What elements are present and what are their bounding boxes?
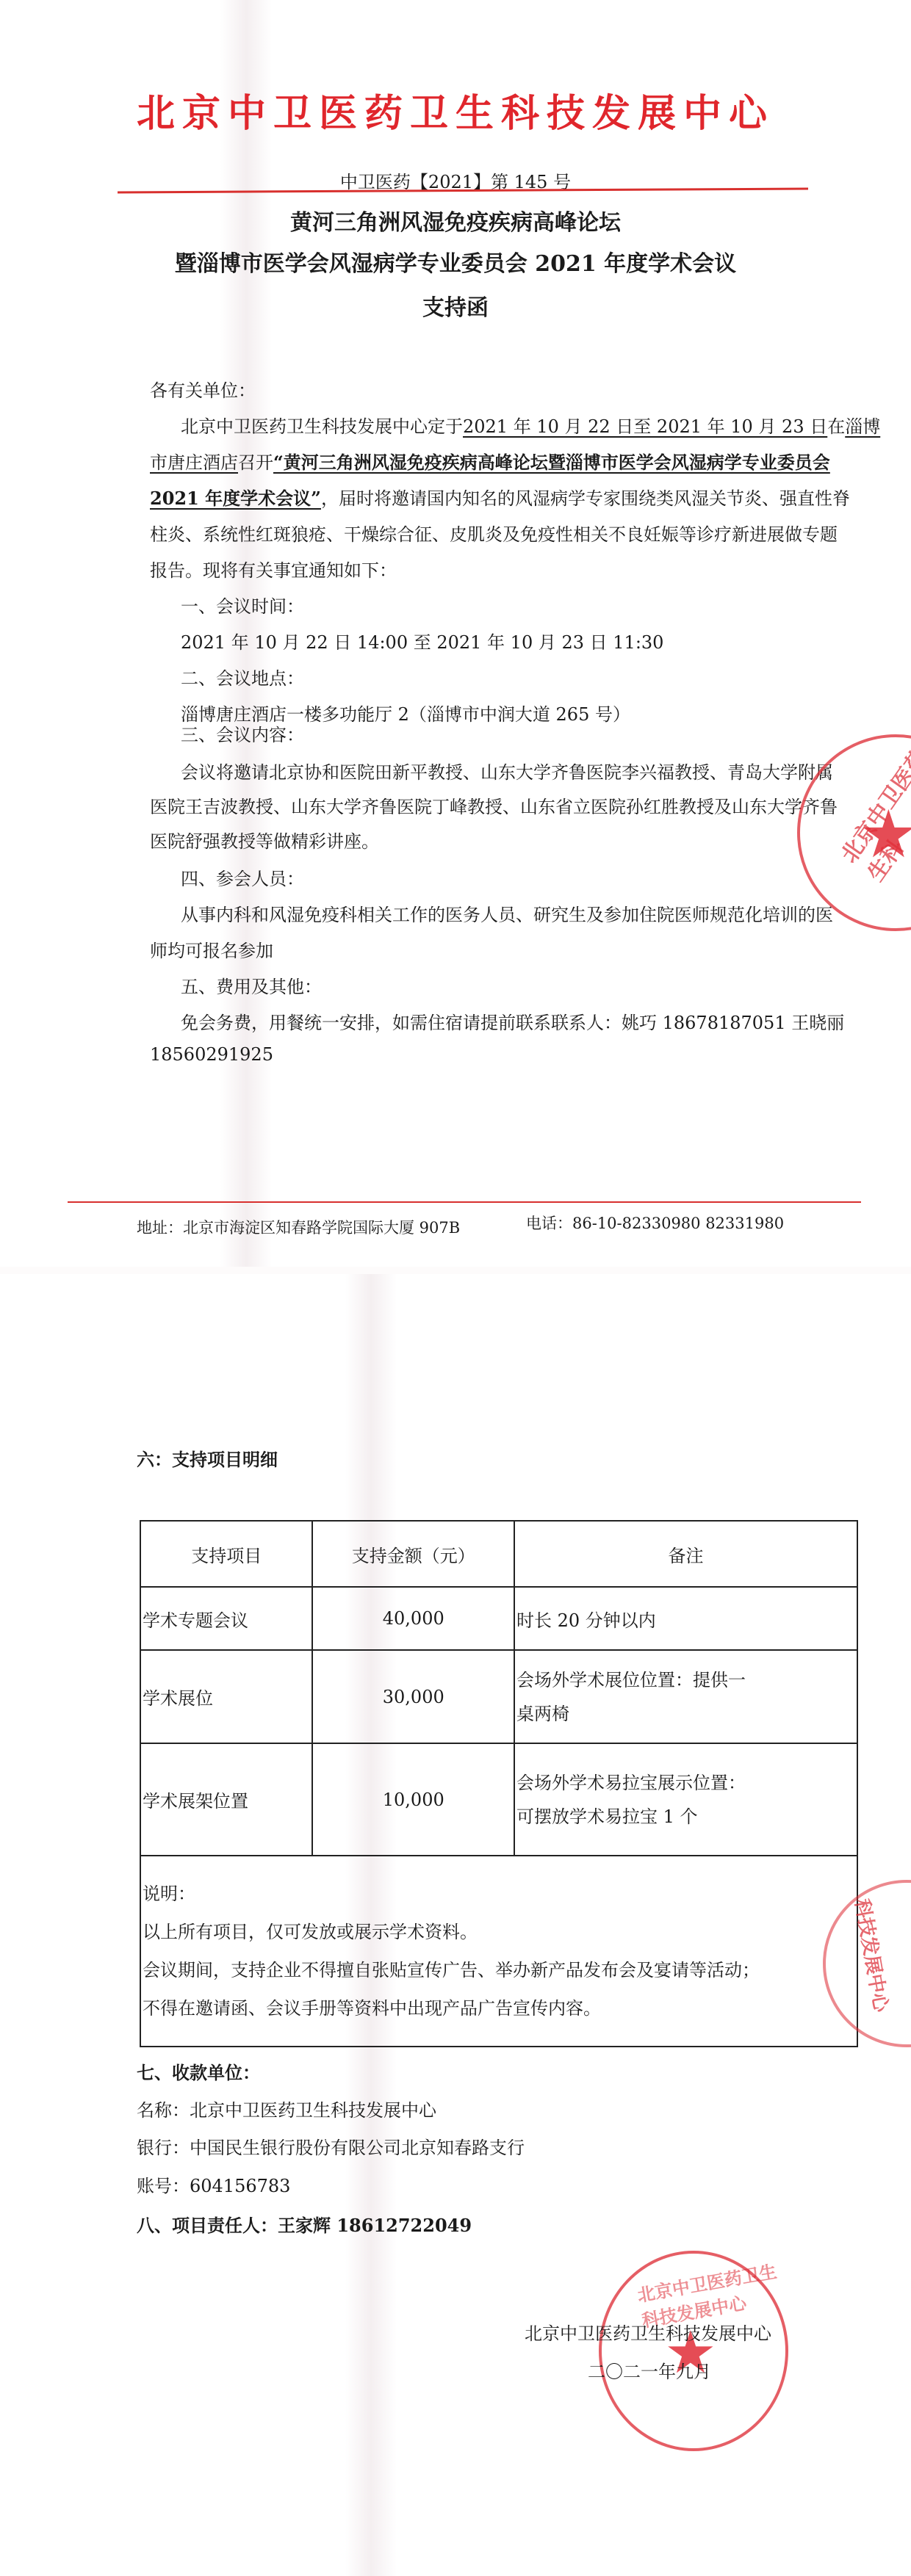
notes-cell: 说明： 以上所有项目，仅可发放或展示学术资料。 会议期间，支持企业不得擅自张贴宣… (140, 1856, 857, 2047)
footer-red-rule (68, 1201, 861, 1203)
section-attendees-line-2: 师均可报名参加 (150, 936, 273, 962)
footer-address: 地址：北京市海淀区知春路学院国际大厦 907B (137, 1216, 460, 1238)
letter-page-1: 北京中卫医药卫生科技发展中心 中卫医药【2021】第 145 号 黄河三角洲风湿… (0, 0, 911, 1267)
meeting-dates: 2021 年 10 月 22 日至 2021 年 10 月 23 日 (463, 416, 827, 437)
footer-phone: 电话：86-10-82330980 82331980 (526, 1212, 784, 1234)
section-support-heading: 六：支持项目明细 (137, 1445, 278, 1471)
table-notes-row: 说明： 以上所有项目，仅可发放或展示学术资料。 会议期间，支持企业不得擅自张贴宣… (140, 1856, 857, 2047)
title-line-3: 支持函 (0, 289, 911, 322)
letterhead-org-title: 北京中卫医药卫生科技发展中心 (0, 82, 911, 137)
section-content-line-2: 医院王吉波教授、山东大学齐鲁医院丁峰教授、山东省立医院孙红胜教授及山东大学齐鲁 (150, 792, 838, 818)
payee-account: 账号：604156783 (137, 2171, 290, 2197)
section-payee-heading: 七、收款单位： (137, 2058, 260, 2084)
table-row: 学术专题会议 40,000 时长 20 分钟以内 (140, 1587, 857, 1650)
meeting-name-cont: 2021 年度学术会议” (150, 488, 321, 509)
intro-line-4: 柱炎、系统性红斑狼疮、干燥综合征、皮肌炎及免疫性相关不良妊娠等诊疗新进展做专题 (150, 520, 838, 546)
meeting-venue: 市唐庄酒店 (150, 452, 238, 473)
project-lead: 八、项目责任人：王家辉 18612722049 (137, 2211, 472, 2237)
amount-cell: 10,000 (312, 1743, 514, 1856)
title-line-2: 暨淄博市医学会风湿病学专业委员会 2021 年度学术会议 (0, 245, 911, 278)
payee-name: 名称：北京中卫医药卫生科技发展中心 (137, 2096, 436, 2121)
signature-date: 二〇二一年九月 (588, 2357, 711, 2383)
intro-text: 召开 (238, 452, 273, 473)
section-fees-line-1: 免会务费，用餐统一安排，如需住宿请提前联系联系人：姚巧 18678187051 … (181, 1008, 844, 1034)
column-header: 备注 (514, 1521, 857, 1587)
notes-label: 说明： (143, 1875, 855, 1913)
amount-cell: 30,000 (312, 1650, 514, 1743)
intro-line-1: 北京中卫医药卫生科技发展中心定于2021 年 10 月 22 日至 2021 年… (181, 412, 880, 438)
section-location-heading: 二、会议地点： (181, 664, 304, 690)
item-cell: 学术专题会议 (140, 1587, 312, 1650)
note-line: 会场外学术易拉宝展示位置： (516, 1766, 855, 1800)
section-content-line-1: 会议将邀请北京协和医院田新平教授、山东大学齐鲁医院李兴福教授、青岛大学附属 (181, 758, 833, 784)
intro-line-3: 2021 年度学术会议”，届时将邀请国内知名的风湿病学专家围绕类风湿关节炎、强直… (150, 484, 850, 510)
intro-text: ，届时将邀请国内知名的风湿病学专家围绕类风湿关节炎、强直性脊 (321, 488, 850, 509)
section-fees-line-2: 18560291925 (150, 1044, 273, 1065)
table-header-row: 支持项目 支持金额（元） 备注 (140, 1521, 857, 1587)
intro-line-2: 市唐庄酒店召开“黄河三角洲风湿免疫疾病高峰论坛暨淄博市医学会风湿病学专业委员会 (150, 448, 830, 474)
section-attendees-line-1: 从事内科和风湿免疫科相关工作的医务人员、研究生及参加住院医师规范化培训的医 (181, 900, 833, 926)
support-items-table: 支持项目 支持金额（元） 备注 学术专题会议 40,000 时长 20 分钟以内… (140, 1520, 858, 2047)
column-header: 支持金额（元） (312, 1521, 514, 1587)
table-row: 学术展位 30,000 会场外学术展位位置：提供一 桌两椅 (140, 1650, 857, 1743)
intro-text: 北京中卫医药卫生科技发展中心定于 (181, 416, 463, 437)
notes-line: 会议期间，支持企业不得擅自张贴宣传广告、举办新产品发布会及宴请等活动； (143, 1951, 855, 1989)
intro-line-5: 报告。现将有关事宜通知如下： (150, 556, 397, 582)
notes-line: 以上所有项目，仅可发放或展示学术资料。 (143, 1913, 855, 1951)
intro-text: 在 (827, 416, 845, 437)
note-line: 桌两椅 (516, 1697, 855, 1731)
note-cell: 时长 20 分钟以内 (514, 1587, 857, 1650)
section-fees-heading: 五、费用及其他： (181, 972, 322, 998)
signature-org: 北京中卫医药卫生科技发展中心 (525, 2319, 771, 2345)
section-attendees-heading: 四、参会人员： (181, 864, 304, 890)
seal-text: 北京中卫医药卫生科 (832, 712, 911, 887)
section-content-line-3: 医院舒强教授等做精彩讲座。 (150, 827, 379, 853)
note-line: 可摆放学术易拉宝 1 个 (516, 1800, 855, 1834)
note-line: 会场外学术展位位置：提供一 (516, 1663, 855, 1697)
section-time-value: 2021 年 10 月 22 日 14:00 至 2021 年 10 月 23 … (181, 628, 663, 654)
table-row: 学术展架位置 10,000 会场外学术易拉宝展示位置： 可摆放学术易拉宝 1 个 (140, 1743, 857, 1856)
section-time-heading: 一、会议时间： (181, 592, 304, 618)
meeting-city: 淄博 (845, 416, 880, 437)
title-line-1: 黄河三角洲风湿免疫疾病高峰论坛 (0, 204, 911, 236)
salutation: 各有关单位： (150, 376, 256, 402)
meeting-name: “黄河三角洲风湿免疫疾病高峰论坛暨淄博市医学会风湿病学专业委员会 (273, 452, 830, 473)
payee-bank: 银行：中国民生银行股份有限公司北京知春路支行 (137, 2133, 525, 2159)
amount-cell: 40,000 (312, 1587, 514, 1650)
note-cell: 会场外学术易拉宝展示位置： 可摆放学术易拉宝 1 个 (514, 1743, 857, 1856)
column-header: 支持项目 (140, 1521, 312, 1587)
notes-line: 不得在邀请函、会议手册等资料中出现产品广告宣传内容。 (143, 1989, 855, 2027)
seal-star-icon: ★ (859, 796, 911, 873)
section-content-heading: 三、会议内容： (181, 720, 304, 746)
note-cell: 会场外学术展位位置：提供一 桌两椅 (514, 1650, 857, 1743)
item-cell: 学术展位 (140, 1650, 312, 1743)
item-cell: 学术展架位置 (140, 1743, 312, 1856)
